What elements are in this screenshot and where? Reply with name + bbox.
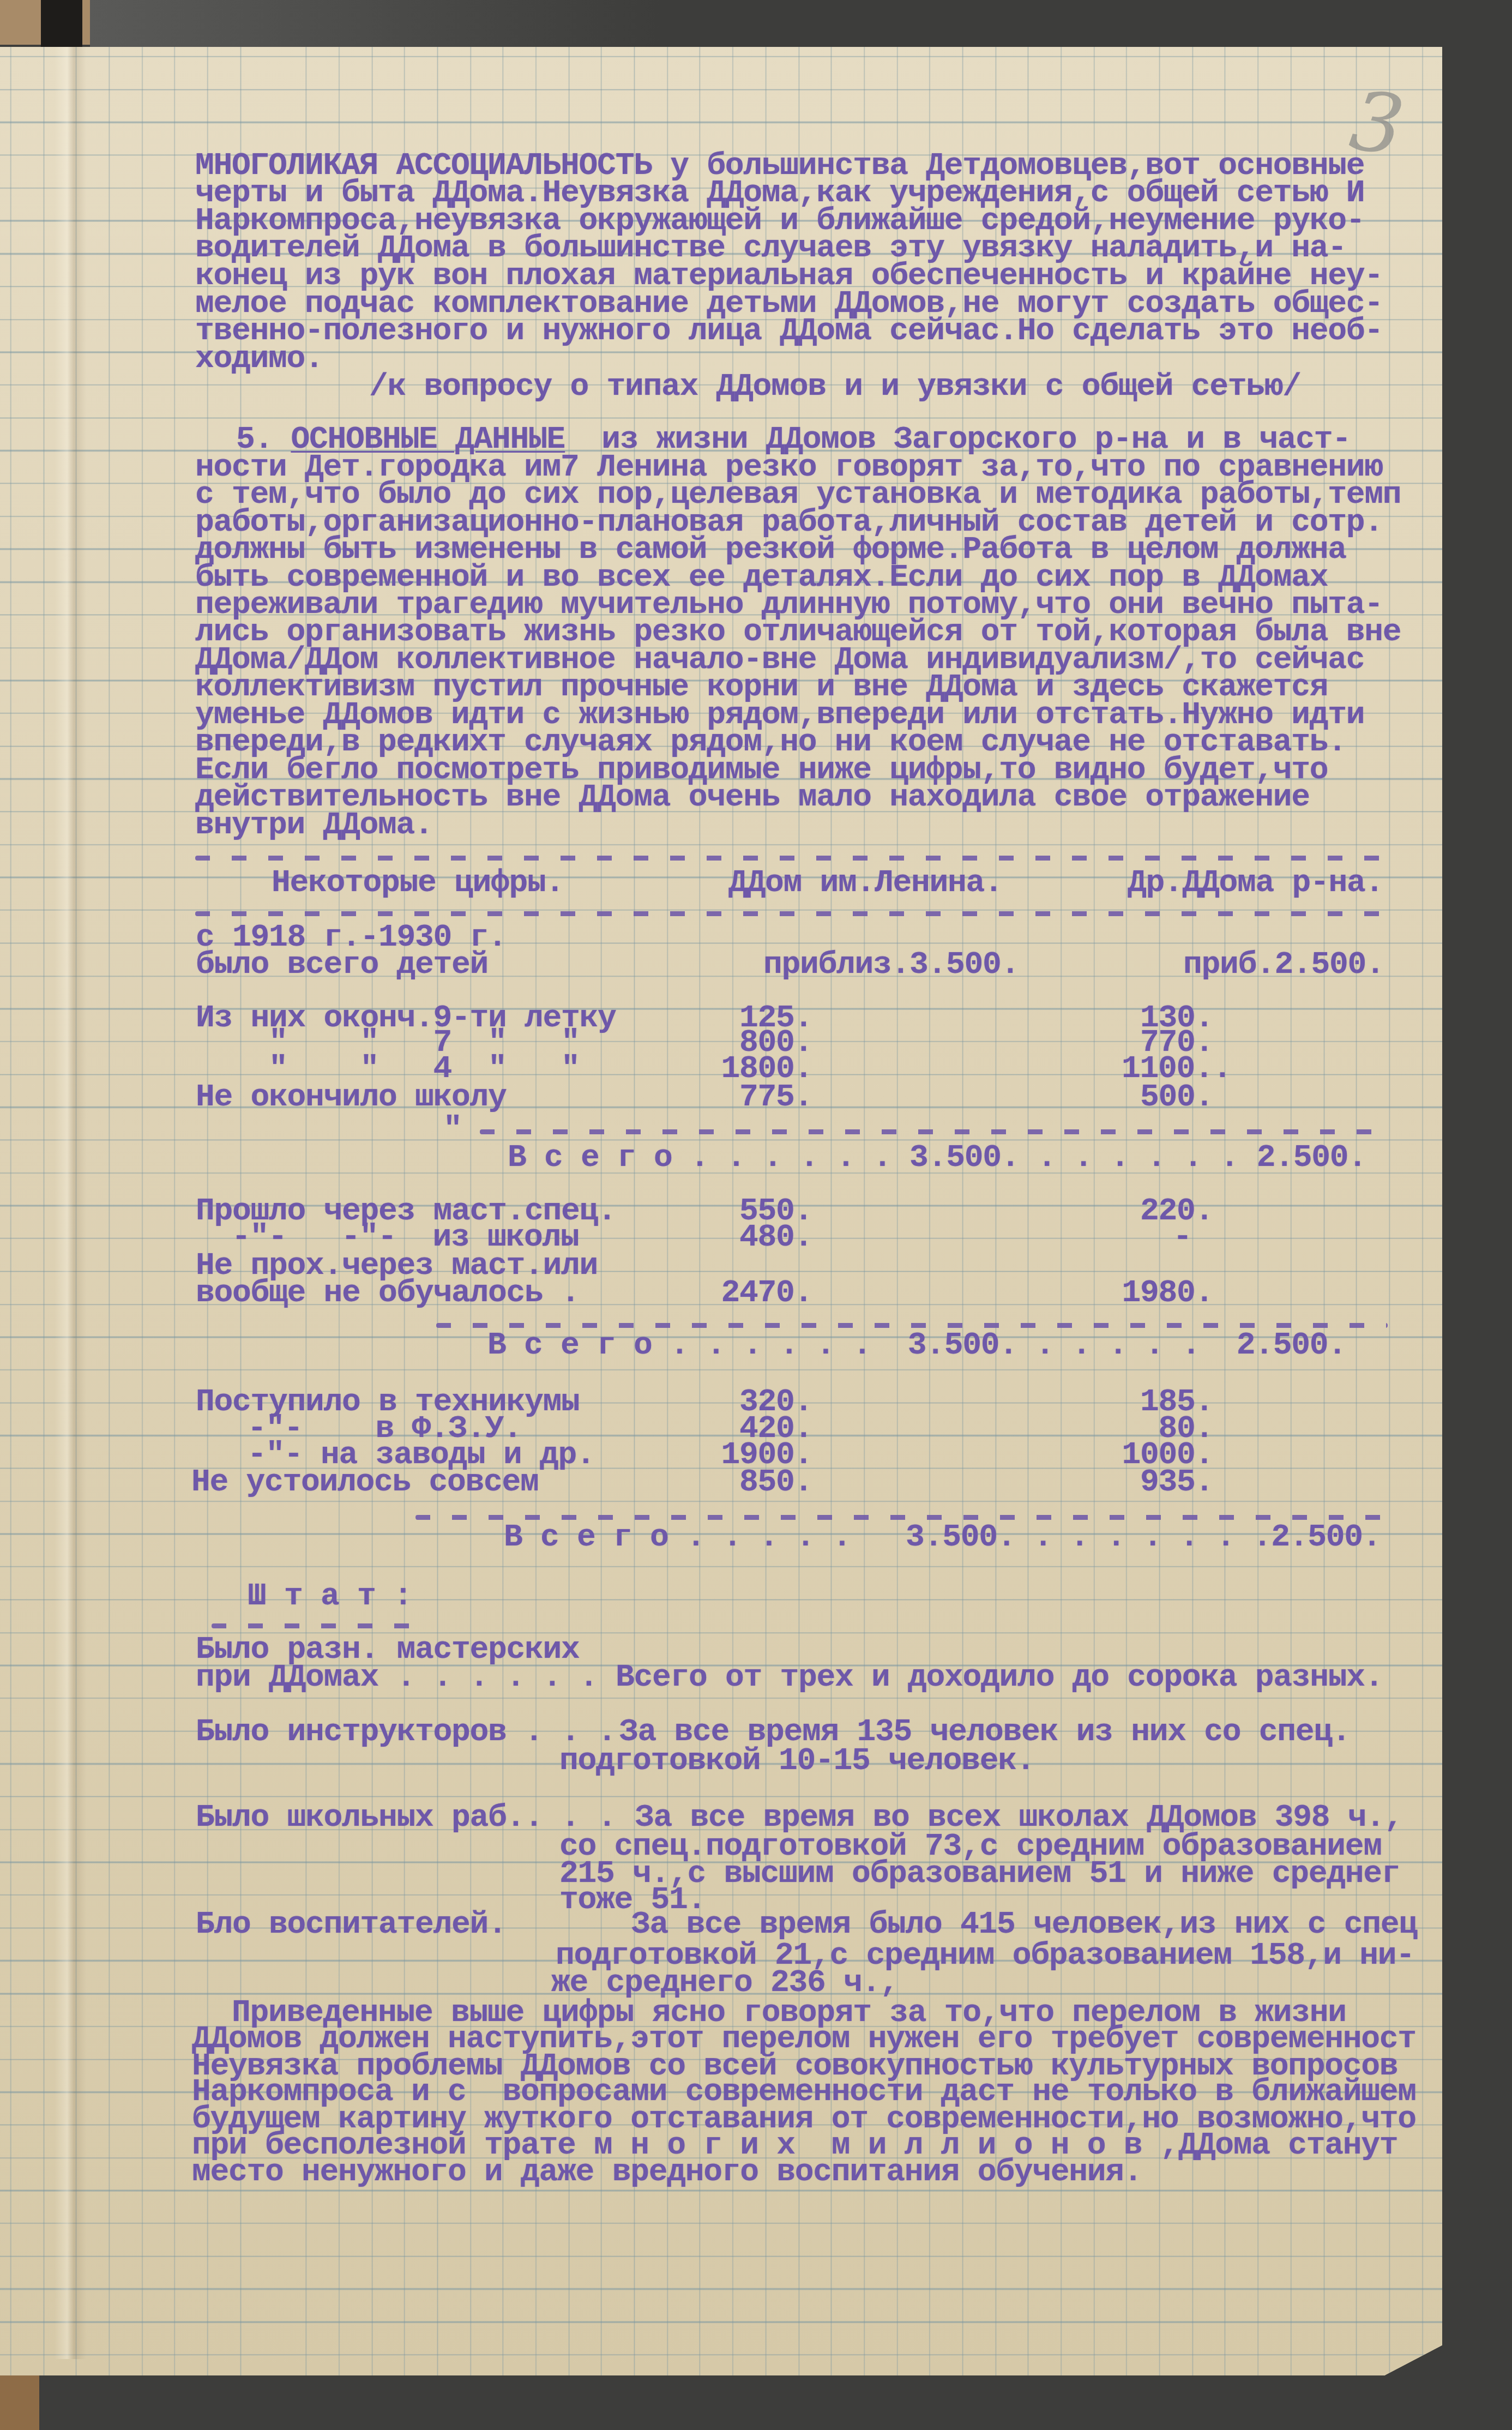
table-cell-lenin: 775. — [649, 1084, 812, 1112]
dashed-separator — [480, 1129, 1388, 1134]
staff-label: Бло воспитателей. — [196, 1911, 507, 1939]
scanner-background — [90, 0, 1512, 50]
text-line: внутри ДДома. — [195, 811, 433, 840]
staff-value: За все время было 415 человек,из них с с… — [631, 1911, 1417, 1939]
staff-label: Было школьных раб.. . . — [196, 1804, 616, 1832]
folder-binding-strip — [41, 0, 82, 49]
table-row-label: вообще не обучалось . — [196, 1279, 580, 1308]
staff-value: же среднего 236 ч., — [551, 1969, 899, 1998]
text-line: ходимо. — [195, 345, 323, 374]
table-cell-lenin: 480. — [649, 1224, 812, 1252]
staff-value: За все время 135 человек из них со спец. — [619, 1718, 1350, 1747]
table-cell-other: приб.2.500. — [1183, 951, 1384, 979]
table-total-line: В с е г о . . . . . 3.500. . . . . . . .… — [504, 1524, 1381, 1552]
table-total-line: В с е г о . . . . . . 3.500. . . . . . .… — [508, 1144, 1366, 1172]
dashed-separator — [415, 1515, 1388, 1520]
table-row-label: было всего детей — [196, 951, 488, 979]
dashed-underline — [212, 1623, 430, 1628]
table-header-label: Некоторые цифры. — [272, 869, 564, 898]
staff-value: Всего от трех и доходило до сорока разны… — [616, 1664, 1383, 1692]
table-cell-lenin: приблиз.3.500. — [763, 951, 1019, 979]
table-row-label: Не окончило школу — [196, 1084, 507, 1112]
table-cell-other: - — [1028, 1224, 1191, 1252]
dashed-separator — [195, 856, 1388, 861]
text-line: твенно-полезного и нужного лица ДДома се… — [195, 317, 1383, 346]
staff-value: За все время во всех школах ДДомов 398 ч… — [635, 1804, 1402, 1832]
table-header-lenin: ДДом им.Ленина. — [728, 869, 1003, 898]
table-cell-lenin: 850. — [649, 1469, 812, 1497]
page-fold-crease — [55, 47, 86, 2359]
staff-label: Было инструкторов . . . — [196, 1718, 616, 1747]
table-header-other: Др.ДДома р-на. — [1128, 869, 1383, 898]
staff-title: Ш т а т : — [248, 1583, 412, 1611]
table-cell-other: 500. — [1050, 1084, 1213, 1112]
table-cell-lenin: 2470. — [649, 1279, 812, 1308]
section-note: /к вопросу о типах ДДомов и и увязки с о… — [369, 373, 1301, 401]
ditto-mark: " — [443, 1116, 462, 1144]
table-cell-other: 935. — [1050, 1469, 1213, 1497]
dashed-separator — [195, 911, 1388, 916]
table-cell-other: 1980. — [1050, 1279, 1213, 1308]
table-row-label: Не устоилось совсем — [191, 1469, 539, 1497]
table-total-line: В с е г о . . . . . . 3.500. . . . . . 2… — [487, 1332, 1346, 1360]
staff-value: подготовкой 10-15 человек. — [559, 1747, 1034, 1776]
text-line: место ненужного и даже вредного воспитан… — [192, 2158, 1142, 2187]
dashed-separator — [436, 1323, 1388, 1328]
staff-label: при ДДомах . . . . . . — [196, 1664, 598, 1692]
